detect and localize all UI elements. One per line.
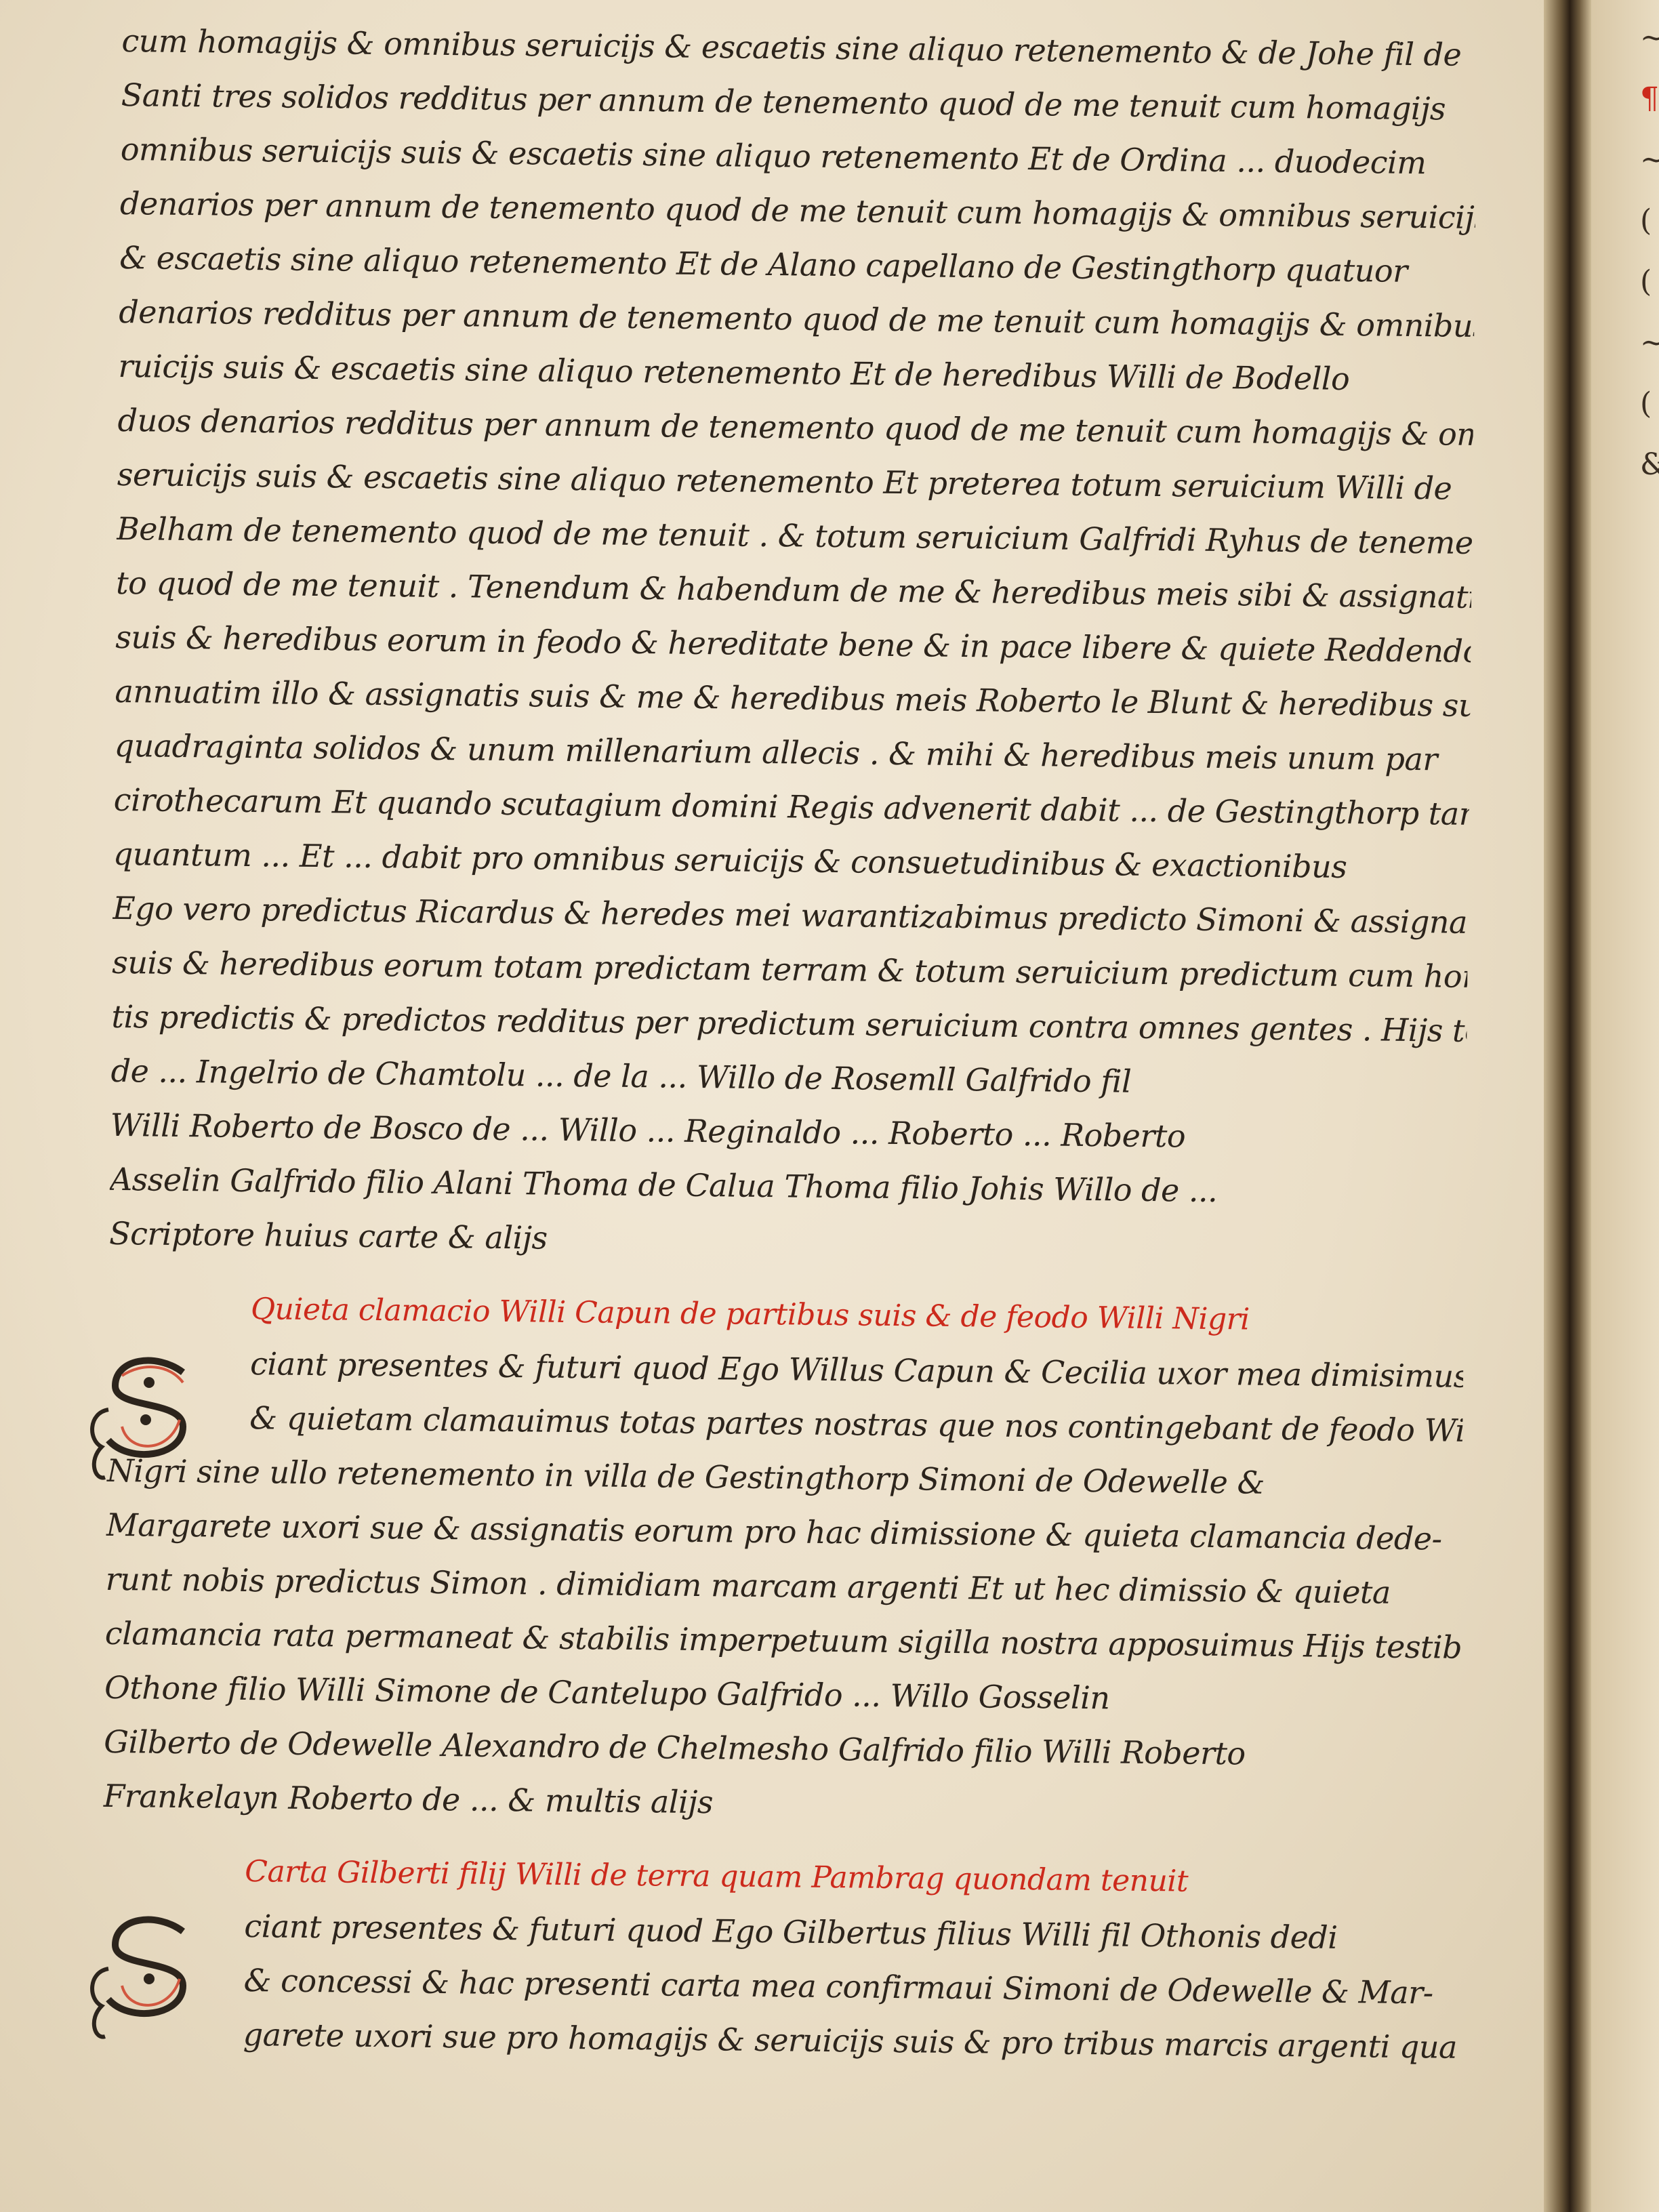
charter-2: Carta Gilberti filij Willi de terra quam… — [100, 1843, 1458, 2074]
facing-mark: ~ — [1640, 20, 1659, 81]
facing-mark: ( — [1640, 264, 1659, 325]
facing-page-marks: ~ ¶ ~ ( ( ~ ( & — [1640, 20, 1659, 508]
charter-continuation: cum homagijs & omnibus seruicijs & escae… — [109, 14, 1477, 1275]
facing-mark: ~ — [1640, 142, 1659, 203]
manuscript-page: cum homagijs & omnibus seruicijs & escae… — [0, 0, 1552, 2212]
book-gutter — [1544, 0, 1591, 2212]
facing-mark: ( — [1640, 203, 1659, 264]
facing-mark: & — [1640, 447, 1659, 508]
charter-1: Quieta clamacio Willi Capun de partibus … — [103, 1281, 1464, 1837]
decorated-initial-s — [81, 1345, 217, 1481]
initial-s-icon — [81, 1345, 217, 1481]
text-block: cum homagijs & omnibus seruicijs & escae… — [100, 14, 1477, 2074]
initial-s-icon — [81, 1904, 217, 2040]
facing-mark: ( — [1640, 386, 1659, 447]
facing-mark: ¶ — [1640, 81, 1659, 142]
facing-mark: ~ — [1640, 325, 1659, 386]
decorated-initial-s — [81, 1904, 217, 2040]
